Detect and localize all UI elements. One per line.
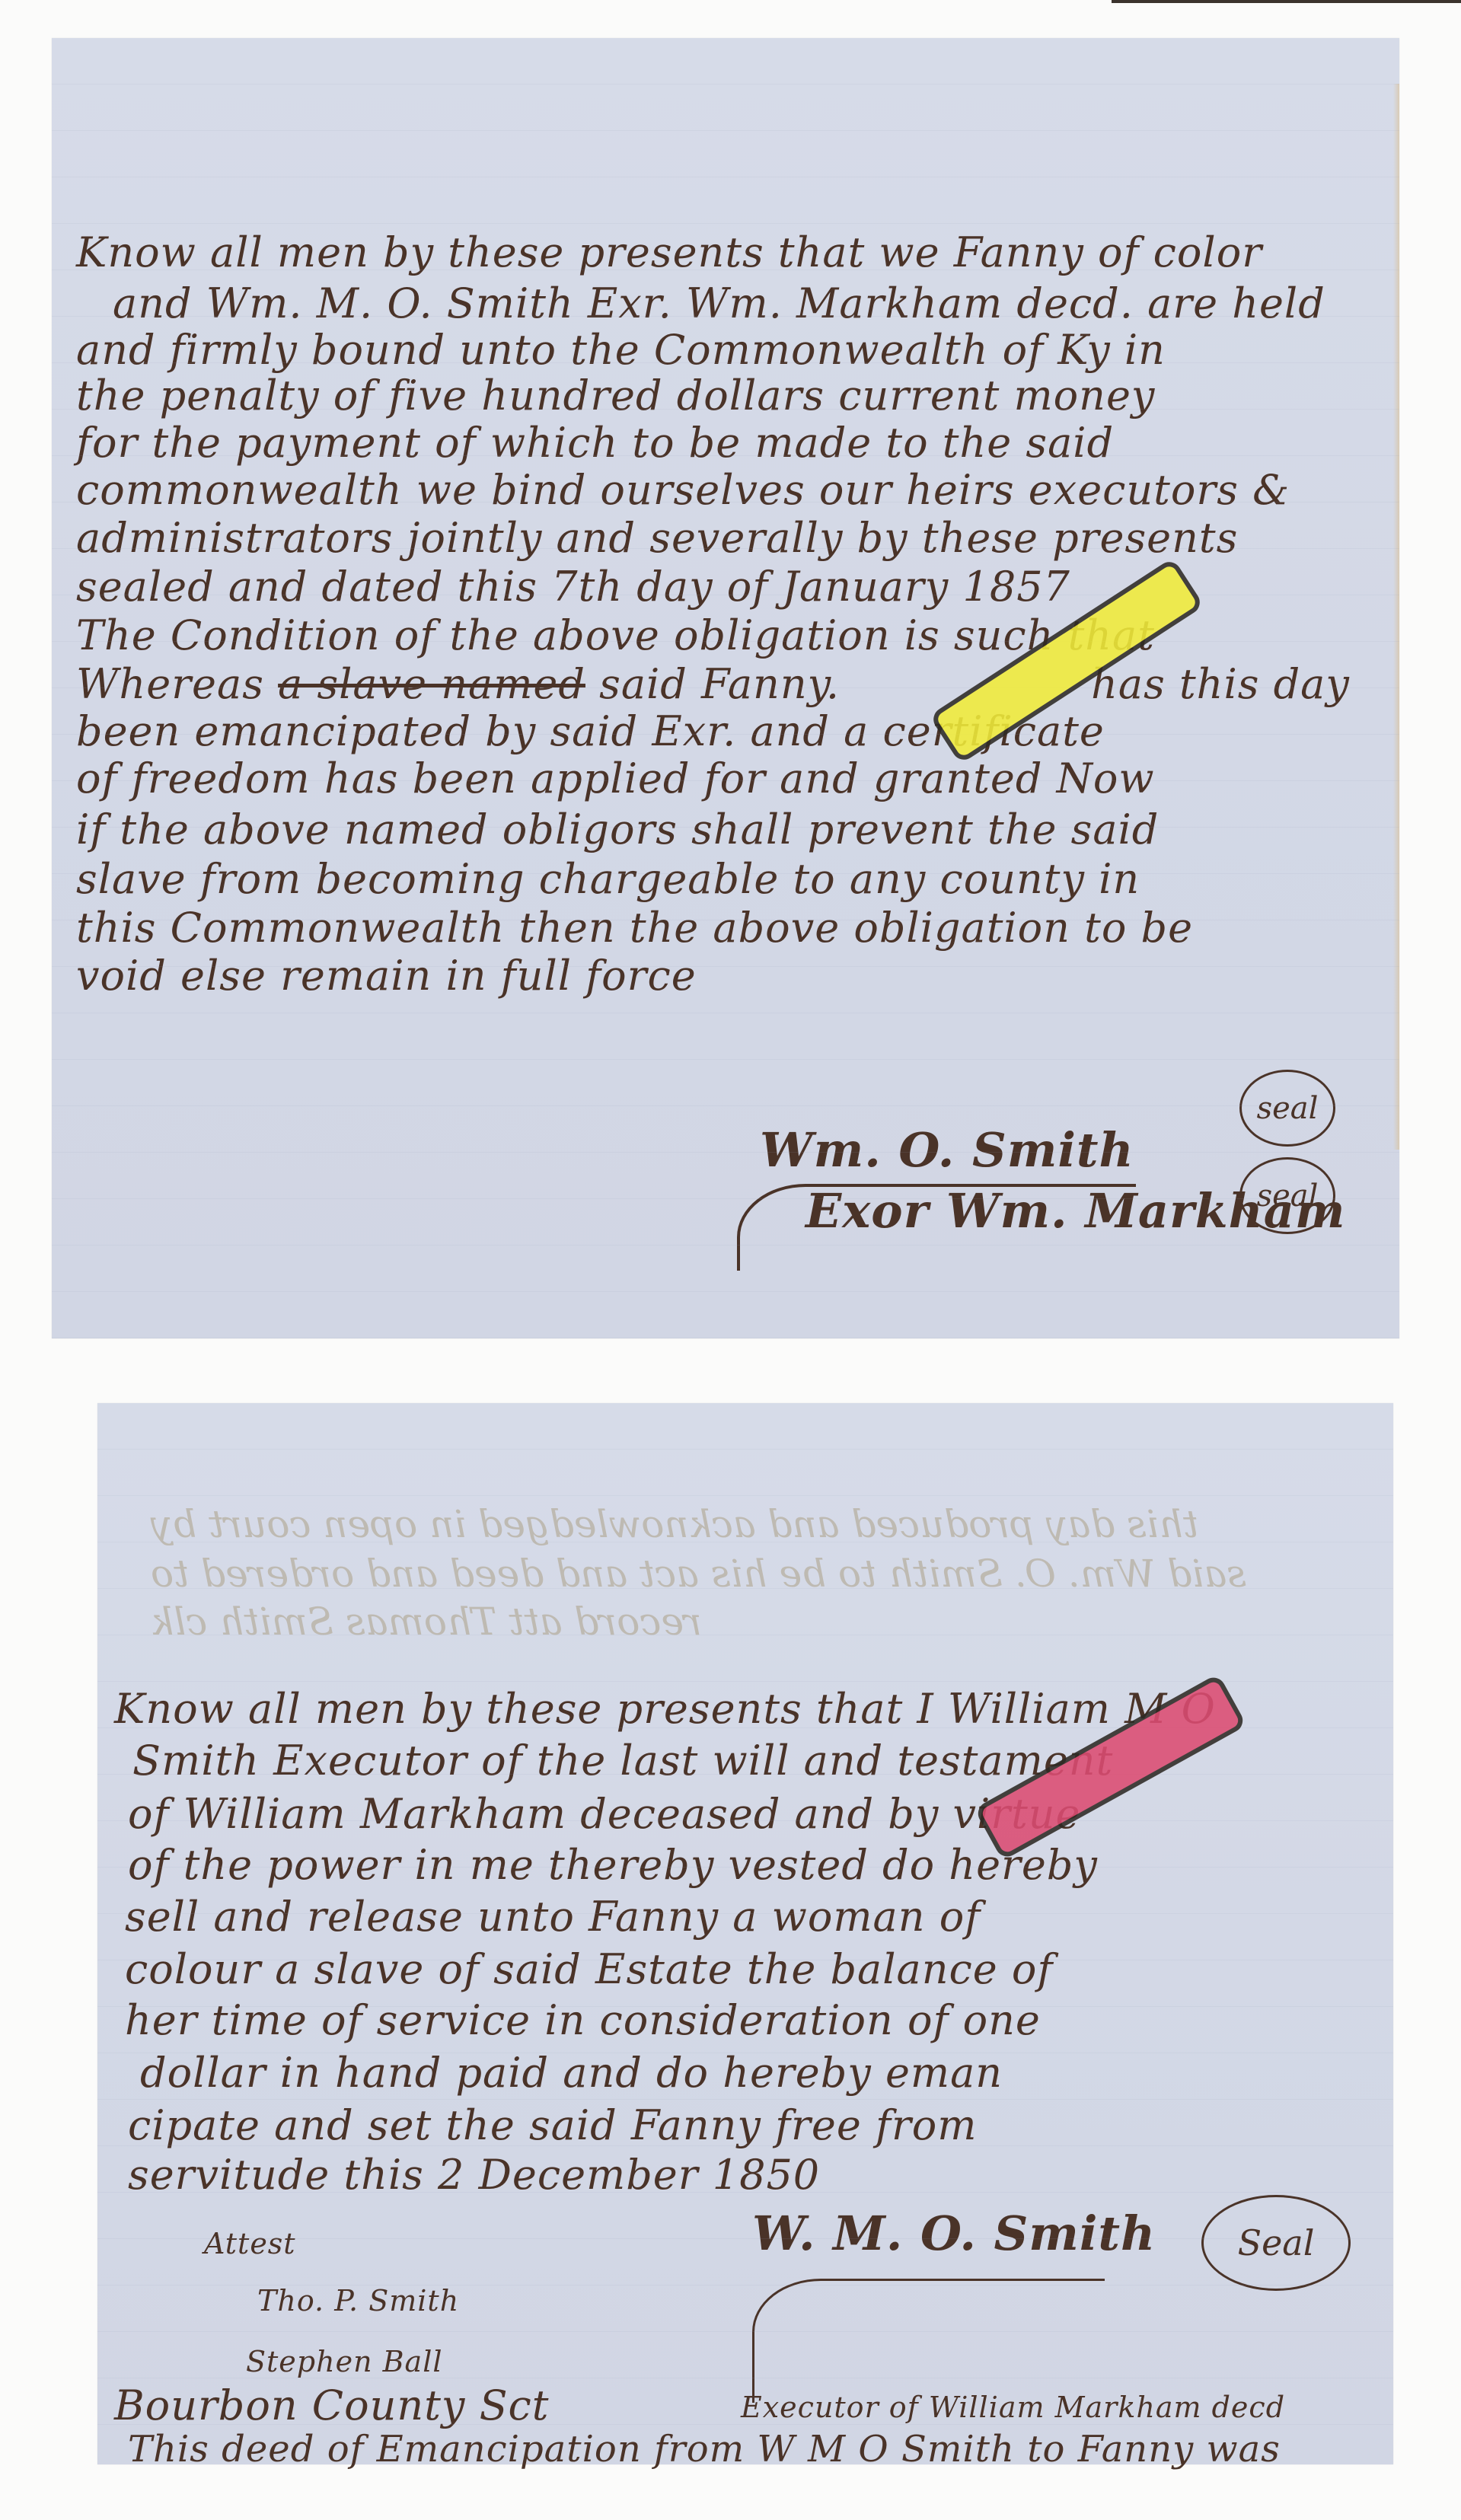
bond-line-6: commonwealth we bind ourselves our heirs… xyxy=(76,470,1290,511)
deed-line-5: sell and release unto Fanny a woman of xyxy=(125,1896,981,1938)
scan-edge-line xyxy=(1112,0,1461,3)
bond-line-7: administrators jointly and severally by … xyxy=(76,518,1238,559)
witness-2: Stephen Ball xyxy=(246,2347,443,2376)
deed-line-10: servitude this 2 December 1850 xyxy=(128,2155,820,2196)
deed-line-3: of William Markham deceased and by virtu… xyxy=(128,1794,1081,1835)
paper-edge-stain xyxy=(1393,84,1399,1150)
attest-label: Attest xyxy=(204,2229,296,2258)
struck-text: a slave named xyxy=(278,660,585,708)
bond-line-3: and firmly bound unto the Commonwealth o… xyxy=(76,330,1166,371)
bond-line-9: The Condition of the above obligation is… xyxy=(76,615,1155,656)
deed-line-4: of the power in me thereby vested do her… xyxy=(128,1845,1098,1886)
bleed-through-line-3: record att Thomas Smith clk xyxy=(151,1600,702,1644)
bond-line-4: the penalty of five hundred dollars curr… xyxy=(76,375,1155,416)
deed-line-2: Smith Executor of the last will and test… xyxy=(132,1740,1113,1782)
document-page-bond: Know all men by these presents that we F… xyxy=(52,38,1399,1338)
bond-line-8: sealed and dated this 7th day of January… xyxy=(76,566,1070,608)
signature-wmo-smith: W. M. O. Smith xyxy=(752,2210,1156,2257)
bond-line-13: if the above named obligors shall preven… xyxy=(76,809,1159,850)
seal-circle-1: seal xyxy=(1239,1070,1335,1147)
bond-line-1: Know all men by these presents that we F… xyxy=(76,232,1262,273)
signer-title-executor: Executor of William Markham decd xyxy=(741,2393,1285,2422)
bleed-through-line-1: this day produced and acknowledged in op… xyxy=(151,1502,1198,1546)
seal-circle: Seal xyxy=(1201,2195,1351,2291)
certification-line: This deed of Emancipation from W M O Smi… xyxy=(128,2431,1281,2467)
deed-line-1: Know all men by these presents that I Wi… xyxy=(114,1689,1216,1730)
bond-line-2: and Wm. M. O. Smith Exr. Wm. Markham dec… xyxy=(113,283,1325,324)
signature-flourish xyxy=(752,2279,1105,2403)
bond-line-14: slave from becoming chargeable to any co… xyxy=(76,859,1140,900)
bond-line-12: of freedom has been applied for and gran… xyxy=(76,758,1155,799)
certification-county: Bourbon County Sct xyxy=(114,2385,550,2426)
deed-line-9: cipate and set the said Fanny free from xyxy=(128,2105,977,2146)
signature-title-exor: Exor Wm. Markham xyxy=(805,1188,1346,1235)
bond-line-15: this Commonwealth then the above obligat… xyxy=(76,908,1193,949)
bleed-through-line-2: said Wm. O. Smith to be his act and deed… xyxy=(151,1552,1246,1596)
deed-line-6: colour a slave of said Estate the balanc… xyxy=(125,1949,1053,1990)
deed-line-7: her time of service in consideration of … xyxy=(125,2000,1041,2041)
bond-line-10-whereas: Whereas a slave named said Fanny.has thi… xyxy=(76,664,1350,705)
whereas-prefix: Whereas xyxy=(76,660,278,708)
whereas-middle: said Fanny. xyxy=(585,660,840,708)
deed-line-8: dollar in hand paid and do hereby eman xyxy=(140,2053,1003,2094)
whereas-suffix: has this day xyxy=(1091,660,1350,708)
bond-line-16: void else remain in full force xyxy=(76,955,697,997)
signature-smith: Wm. O. Smith xyxy=(760,1127,1134,1174)
bond-line-5: for the payment of which to be made to t… xyxy=(76,423,1114,464)
witness-1: Tho. P. Smith xyxy=(257,2286,459,2315)
document-page-deed: this day produced and acknowledged in op… xyxy=(97,1403,1393,2464)
